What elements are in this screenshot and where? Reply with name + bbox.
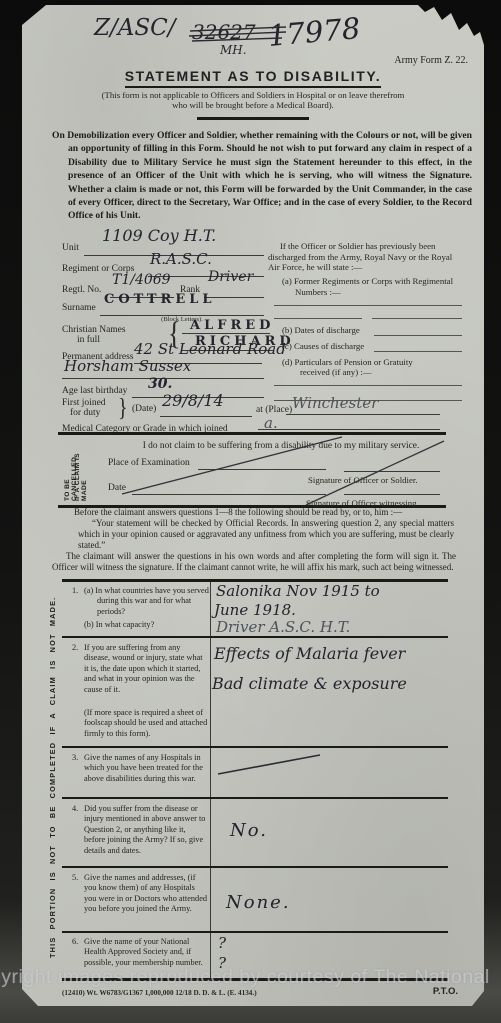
- answer-1-line1: Salonika Nov 1915 to: [216, 582, 380, 600]
- question-number: 6.: [72, 937, 78, 947]
- discharge-item-a: (a) Former Regiments or Corps with Regim…: [282, 276, 467, 297]
- form-subtitle-line2: who will be brought before a Medical Boa…: [22, 100, 484, 110]
- place-of-examination-label: Place of Examination: [108, 458, 190, 468]
- table-column-divider: [210, 582, 211, 978]
- answer-2-line1: Effects of Malaria fever: [214, 644, 405, 663]
- place-joined-value: Winchester: [292, 394, 378, 412]
- table-row-rule: [62, 931, 448, 933]
- no-claim-statement: I do not claim to be suffering from a di…: [116, 441, 446, 451]
- instructions-p1: Before the claimant answers questions 1—…: [74, 507, 402, 517]
- discharge-item-d2: received (if any) :—: [300, 367, 372, 377]
- surname-value: COTTRELL: [104, 292, 216, 307]
- christian-names-label2: in full: [77, 335, 100, 345]
- demobilization-notice: On Demobilization every Officer and Sold…: [52, 129, 472, 223]
- field-underline: [132, 494, 326, 495]
- no-claim-section: TO BE CANCELLED IF A CLAIM IS MADE I do …: [58, 432, 446, 508]
- answer-2-line2: Bad climate & exposure: [212, 674, 407, 693]
- question-2: If you are suffering from any disease, w…: [84, 643, 208, 695]
- instructions-p3: The claimant will answer the questions i…: [52, 551, 456, 573]
- regiment-value: R.A.S.C.: [150, 250, 212, 268]
- serial-annotation: MH.: [220, 43, 247, 57]
- serial-new-number: 17978: [267, 11, 362, 53]
- field-underline: [198, 469, 326, 470]
- answer-4: No.: [230, 820, 268, 841]
- form-paper: Z/ASC/ 32627 17978 MH. Army Form Z. 22. …: [22, 5, 484, 1006]
- question-1b: (b) In what capacity?: [84, 620, 154, 630]
- question-6: Give the name of your National Health Ap…: [84, 937, 210, 968]
- question-5: Give the names and addresses, (if you kn…: [84, 873, 208, 915]
- answer-1-line2: June 1918.: [214, 601, 296, 619]
- discharge-intro: If the Officer or Soldier has previously…: [268, 241, 462, 273]
- answer-5: None.: [226, 892, 291, 913]
- instructions-p2: “Your statement will be checked by Offic…: [78, 518, 454, 550]
- claim-questions-table: 1. (a) In what countries have you served…: [62, 579, 448, 981]
- cancel-side-label-2: IF A CLAIM IS MADE: [74, 438, 88, 501]
- field-underline: [274, 305, 462, 306]
- field-underline: [286, 414, 440, 415]
- divider-rule: [197, 117, 309, 120]
- question-3: Give the names of any Hospitals in which…: [84, 753, 206, 784]
- field-underline: [374, 351, 462, 352]
- table-row-rule: [62, 797, 448, 799]
- question-number: 4.: [72, 804, 78, 814]
- address-value-2: Horsham Sussex: [64, 357, 191, 375]
- address-value-1: 42 St Leonard Road: [134, 340, 286, 358]
- field-underline: [372, 318, 462, 319]
- first-joined-label: First joined: [62, 398, 106, 408]
- signature-line: [344, 471, 440, 472]
- form-subtitle-line1: (This form is not applicable to Officers…: [22, 90, 484, 100]
- question-number: 3.: [72, 753, 78, 763]
- print-imprint: (12410) Wt. W6783/G1367 1,000,000 12/18 …: [62, 989, 257, 997]
- field-underline: [374, 335, 462, 336]
- scanned-document-photo: { "watermark": "Copyright images reprodu…: [0, 0, 501, 1023]
- first-joined-label2: for duty: [70, 408, 100, 418]
- answer-1-line3: Driver A.S.C. H.T.: [216, 618, 350, 636]
- date-joined-value: 29/8/14: [162, 391, 224, 410]
- signature-officer-or-soldier-label: Signature of Officer or Soldier.: [308, 475, 418, 485]
- christian-name-1: ALFRED: [190, 318, 274, 333]
- table-row-rule: [62, 866, 448, 868]
- question-2-note: (If more space is required a sheet of fo…: [84, 708, 208, 739]
- rank-value: Driver: [208, 269, 253, 285]
- question-1a: (a) In what countries have you served du…: [84, 586, 219, 617]
- brace-glyph: }: [118, 394, 128, 423]
- discharge-item-c: (c) Causes of discharge: [282, 341, 364, 351]
- unit-label: Unit: [62, 243, 79, 253]
- discharge-item-b: (b) Dates of discharge: [282, 325, 360, 335]
- answer-6-line1: ?: [218, 934, 226, 952]
- question-number: 1.: [72, 586, 78, 596]
- age-value: 30.: [148, 376, 172, 392]
- question-number: 2.: [72, 643, 78, 653]
- question-4: Did you suffer from the disease or injur…: [84, 804, 208, 856]
- question-number: 5.: [72, 873, 78, 883]
- form-reference: Army Form Z. 22.: [394, 55, 468, 66]
- title-row: STATEMENT AS TO DISABILITY.: [22, 68, 484, 86]
- signature-line: [344, 494, 440, 495]
- date-field-label: Date: [108, 483, 126, 493]
- field-underline: [258, 429, 440, 430]
- archive-watermark: Copyright images reproduced by courtesy …: [0, 966, 490, 989]
- serial-reference-prefix: Z/ASC/: [94, 15, 175, 41]
- serial-struck-number: 32627: [192, 20, 256, 44]
- surname-label: Surname: [62, 303, 96, 313]
- table-row-rule: [62, 746, 448, 748]
- discharge-item-d: (d) Particulars of Pension or Gratuity: [282, 357, 413, 367]
- table-row-rule: [62, 636, 448, 638]
- field-underline: [274, 400, 462, 401]
- claim-side-label: THIS PORTION IS NOT TO BE COMPLETED IF A…: [48, 581, 57, 973]
- regtl-no-label: Regtl. No.: [62, 285, 101, 295]
- form-title: STATEMENT AS TO DISABILITY.: [125, 68, 382, 88]
- unit-value: 1109 Coy H.T.: [102, 226, 216, 245]
- field-underline: [274, 318, 362, 319]
- christian-names-label: Christian Names: [62, 325, 126, 335]
- regtl-no-value: T1/4069: [112, 272, 171, 288]
- field-underline: [274, 385, 462, 386]
- field-underline: [160, 416, 252, 417]
- date-label: (Date): [132, 404, 156, 414]
